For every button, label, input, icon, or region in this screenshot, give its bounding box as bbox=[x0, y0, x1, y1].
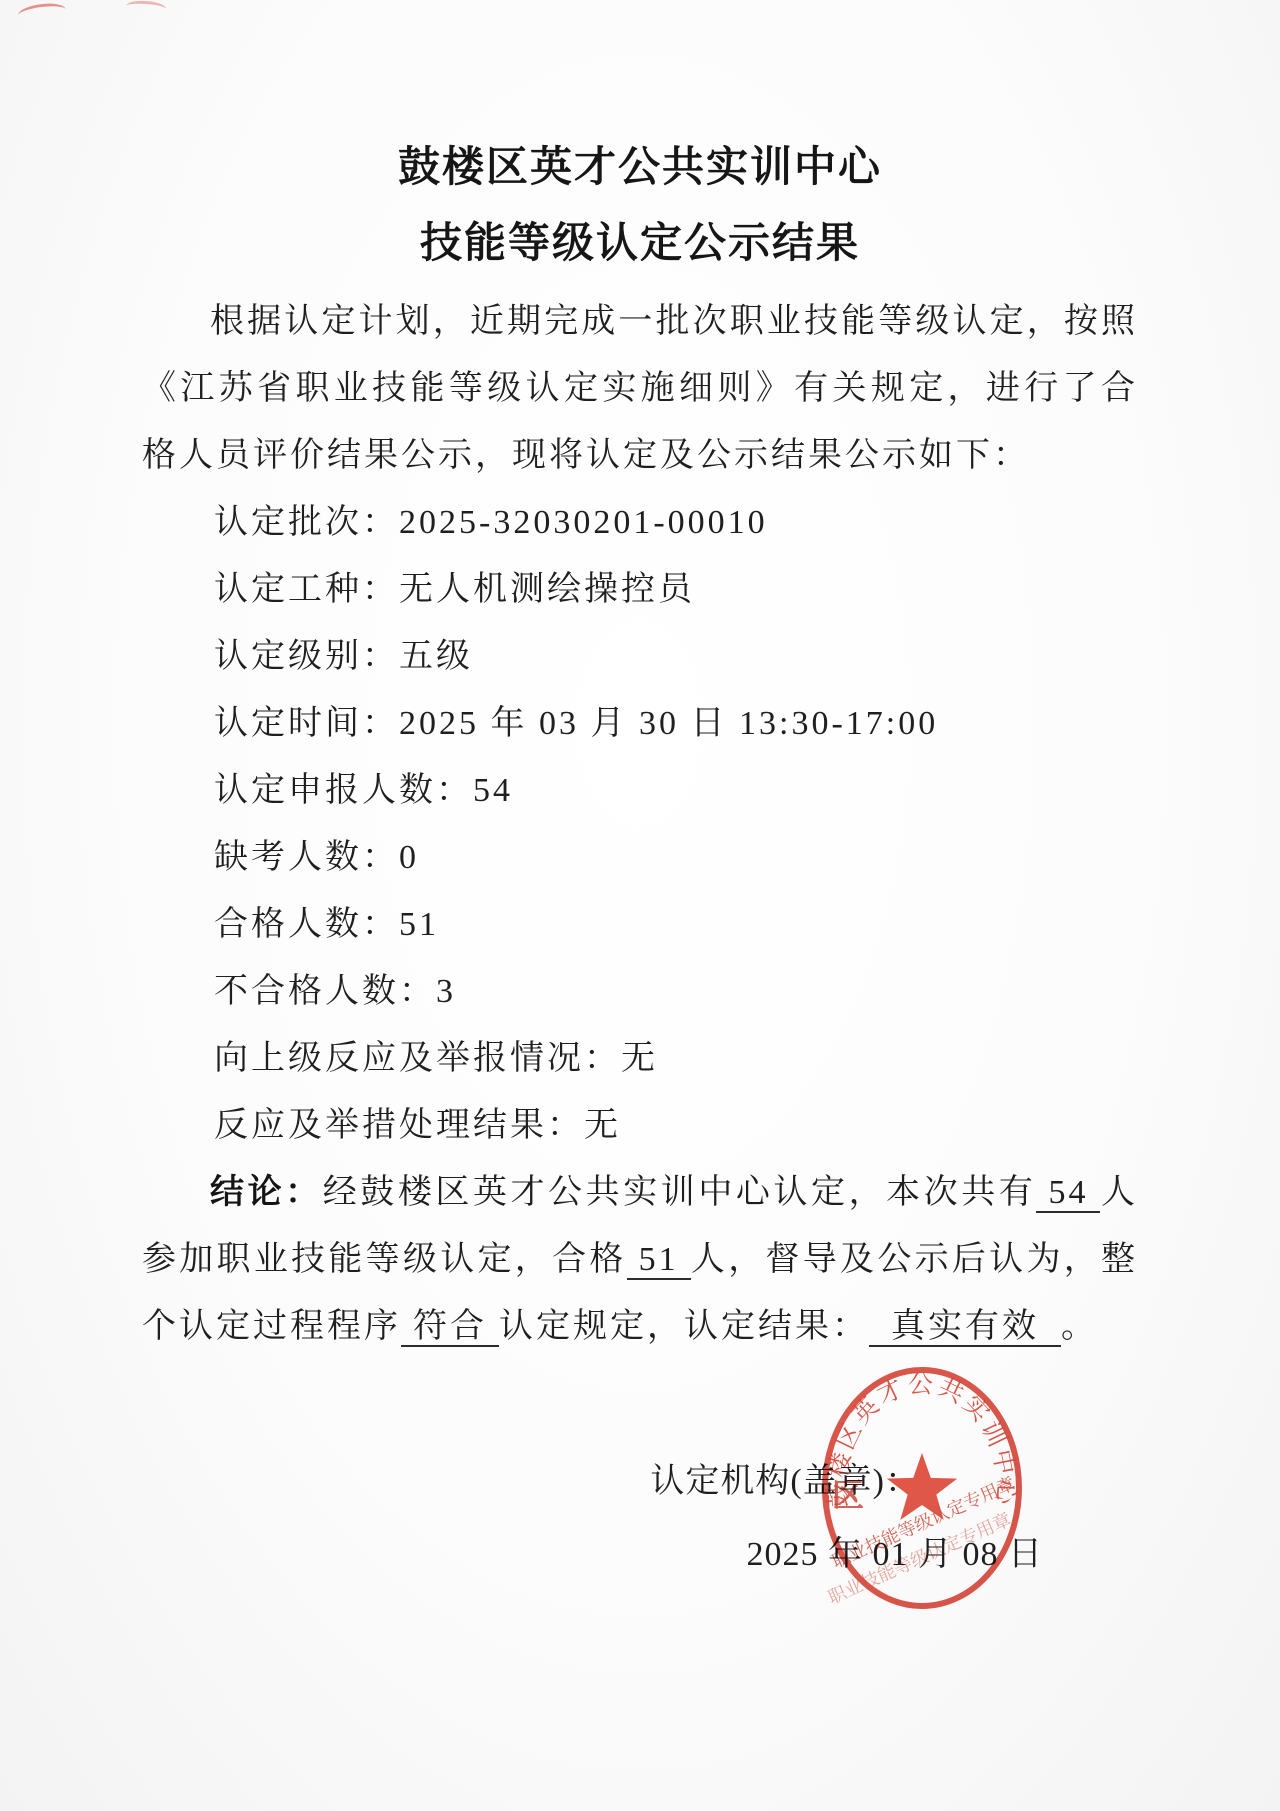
field-row-absent: 缺考人数：0 bbox=[142, 824, 1138, 891]
result-underlined: 真实有效 bbox=[869, 1308, 1061, 1347]
field-label: 缺考人数： bbox=[214, 839, 399, 876]
document-title-org: 鼓楼区英才公共实训中心 bbox=[0, 132, 1280, 204]
field-row-batch: 认定批次：2025-32030201-00010 bbox=[142, 489, 1138, 556]
conclusion-text: 认定规定，认定结果： bbox=[499, 1308, 869, 1345]
field-value: 0 bbox=[399, 839, 419, 876]
field-row-applicants: 认定申报人数：54 bbox=[142, 757, 1138, 824]
field-value: 54 bbox=[473, 772, 513, 809]
field-value: 无 bbox=[584, 1107, 621, 1144]
official-seal: 鼓楼区英才公共实训中心 职业技能等级认定专用章 职业技能等级认定专用章 区 bbox=[810, 1360, 1034, 1618]
field-label: 向上级反应及举报情况： bbox=[214, 1040, 621, 1077]
passed-count-underlined: 51 bbox=[627, 1241, 691, 1280]
field-label: 认定申报人数： bbox=[214, 772, 473, 809]
conformity-underlined: 符合 bbox=[401, 1308, 499, 1347]
field-label: 认定级别： bbox=[214, 638, 399, 675]
applicants-count-underlined: 54 bbox=[1036, 1174, 1100, 1213]
field-label: 认定时间： bbox=[214, 705, 399, 742]
seal-overlap-glyph: 区 bbox=[832, 1477, 864, 1513]
field-label: 反应及举措处理结果： bbox=[214, 1107, 584, 1144]
document-title-subject: 技能等级认定公示结果 bbox=[0, 208, 1280, 280]
field-row-level: 认定级别：五级 bbox=[142, 623, 1138, 690]
field-label: 认定批次： bbox=[214, 504, 399, 541]
field-value: 无 bbox=[621, 1040, 658, 1077]
field-value: 无人机测绘操控员 bbox=[399, 571, 695, 608]
signature-date: 2025 年 01 月 08 日 bbox=[0, 1521, 1280, 1588]
field-label: 认定工种： bbox=[214, 571, 399, 608]
field-label: 不合格人数： bbox=[214, 973, 436, 1010]
scanned-notice-page: { "colors": { "seal_red": "#d5392c", "te… bbox=[0, 0, 1280, 1811]
field-value: 2025 年 03 月 30 日 13:30-17:00 bbox=[399, 705, 938, 742]
conclusion-text: 。 bbox=[1061, 1308, 1098, 1345]
field-value: 51 bbox=[399, 906, 439, 943]
field-value: 3 bbox=[436, 973, 456, 1010]
field-row-reports: 向上级反应及举报情况：无 bbox=[142, 1025, 1138, 1092]
red-scan-artifact bbox=[17, 1, 67, 24]
field-row-passed: 合格人数：51 bbox=[142, 891, 1138, 958]
field-row-occupation: 认定工种：无人机测绘操控员 bbox=[142, 556, 1138, 623]
conclusion-paragraph: 结论：经鼓楼区英才公共实训中心认定，本次共有54人参加职业技能等级认定，合格51… bbox=[142, 1159, 1138, 1360]
field-row-failed: 不合格人数：3 bbox=[142, 958, 1138, 1025]
red-scan-artifact bbox=[126, 0, 167, 15]
field-value: 五级 bbox=[399, 638, 473, 675]
signature-org-line: 认定机构(盖章)： bbox=[0, 1448, 1280, 1515]
certification-fields: 认定批次：2025-32030201-00010 认定工种：无人机测绘操控员 认… bbox=[142, 489, 1138, 1159]
field-label: 合格人数： bbox=[214, 906, 399, 943]
document-body: 根据认定计划，近期完成一批次职业技能等级认定，按照《江苏省职业技能等级认定实施细… bbox=[142, 288, 1138, 1360]
field-row-report-handling: 反应及举措处理结果：无 bbox=[142, 1092, 1138, 1159]
field-row-time: 认定时间：2025 年 03 月 30 日 13:30-17:00 bbox=[142, 690, 1138, 757]
conclusion-label: 结论： bbox=[210, 1174, 323, 1211]
intro-paragraph: 根据认定计划，近期完成一批次职业技能等级认定，按照《江苏省职业技能等级认定实施细… bbox=[142, 288, 1138, 489]
field-value: 2025-32030201-00010 bbox=[399, 504, 768, 541]
conclusion-text: 经鼓楼区英才公共实训中心认定，本次共有 bbox=[323, 1174, 1037, 1211]
